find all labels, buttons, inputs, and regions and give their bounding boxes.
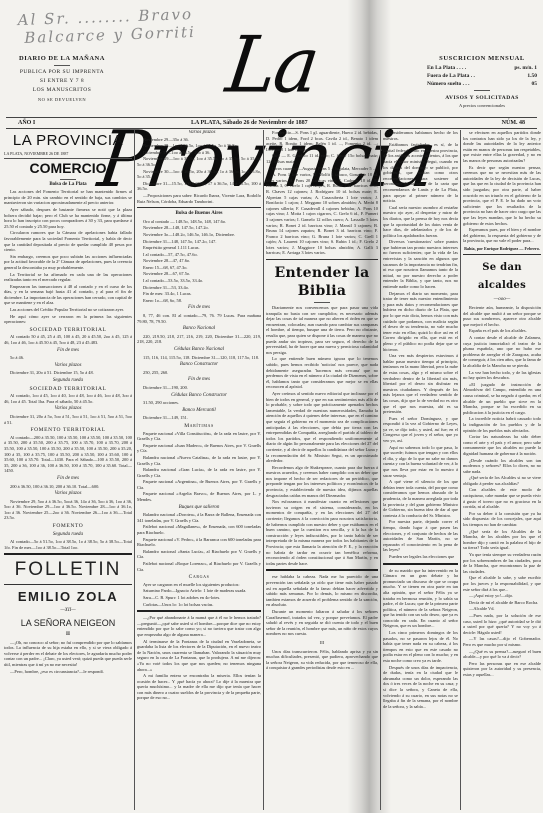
- bolsa-subsection-title: Fin de mes: [137, 305, 261, 311]
- editorial-paragraphs: consideramos habíamos hecho de los nuest…: [383, 130, 458, 560]
- market-line: Diciembre 31—1oo á 36.5o, 20o á 36.: [137, 150, 261, 156]
- folletin-paragraph: Al terminarse de la Fontanas de la ciuda…: [137, 639, 261, 673]
- commerce-paragraph: Las acciones del Fomento Territorial se …: [4, 189, 132, 206]
- stock-block-text: Al contado, 1oo á 45, 1oo á 40, 1oo á 48…: [4, 393, 132, 404]
- ads-note: A precios convencionales: [427, 102, 537, 110]
- editorial-paragraph: se efectuen en aquellos partidos donde l…: [463, 130, 541, 164]
- maritime-entry: Balandra nacional «Gran Lucía», de la ra…: [137, 467, 261, 478]
- article-paragraph: Pero las personas que en ese alcalde qui…: [463, 661, 541, 678]
- editorial-paragraph: Es decir que según nuestro pensar, creem…: [463, 165, 541, 227]
- folletin-paragraph: Después de unos días de impaciencia, de …: [383, 665, 458, 710]
- cargo-entry: Ayer se cargaron en el muelle los siguie…: [137, 582, 261, 588]
- maritime-entry: Balandra nacional «Nueva Catalina», de l…: [137, 455, 261, 466]
- editorial-paragraph: Dejamos el diario un momento, para trata…: [383, 291, 458, 353]
- cargo-paragraph: A. Pons 1 lote varios, D. Molfit 1 tabac…: [266, 172, 378, 256]
- stock-block-title: Varios plazos: [4, 491, 132, 497]
- stock-block-text: Noviembre 29, 5oo á á 36.5o, 5ooá 36, 14…: [4, 499, 132, 521]
- maritime-entry: Paquete nacional «Villa Constitución», d…: [137, 431, 261, 442]
- stock-block-title: Fin de mes: [4, 348, 132, 354]
- separator: —ooo—: [463, 297, 541, 303]
- bolsa-subsection-text: 115, 116, 114, 115.5o, 118. Diciembre 31…: [137, 355, 261, 361]
- stock-block-title: FOMENTO: [4, 524, 132, 530]
- article-paragraph: Diariamente nos convencemos que para pas…: [266, 305, 378, 355]
- stock-block-title: Segunda rueda: [4, 378, 132, 384]
- article-paragraph: Decía de mí el alcalde de Barco Rocha.: [463, 600, 541, 606]
- article-paragraph: Cortar las naturalezas ha sido deber com…: [463, 434, 541, 456]
- departed-ship: Pailebot nacional «Magallanes», de Ensen…: [137, 524, 261, 535]
- folletin-paragraph: A mi familia entera se encontraba la mis…: [137, 673, 261, 701]
- bolsa-row: Empréstito general 1.111 Lucas.: [137, 245, 261, 251]
- subscription-rows: En La Plata . . . .ps. m/n. 1Fuera de La…: [427, 64, 537, 88]
- article-paragraph: ¿Qué sería de los Alcaldes si no se vier…: [463, 475, 541, 486]
- bolsa-subsection-title: Fin de mes: [137, 377, 261, 383]
- article-paragraph: Ya que tenía siempre su verdadera razón …: [463, 552, 541, 574]
- departed-ship: Balandro nacional «Santa Lucía», al Riac…: [137, 549, 261, 560]
- section-header-la-provincia: LA PROVINCIA: [4, 132, 132, 149]
- cargo-paragraph: Otros cuarenta—Augusto Pons 5 ... hojala…: [266, 166, 378, 172]
- bolsa-row: Noviembre 3o—148.2o, 146.5o, 146.1o, Dic…: [137, 232, 261, 238]
- editorial-paragraph: Una vez más despiertos estuvimos á habla…: [383, 353, 458, 415]
- subscription-price: 05: [532, 80, 538, 88]
- article-paragraph: Con alcaldes de este modo de caciquismo,…: [463, 487, 541, 509]
- cargo-paragraph: Fondericio—S. Pons 1 gl. aguardiente, Hu…: [266, 130, 378, 152]
- stock-block-text: 200 á 36.50, 100 á 36.10, 200 á 36.10. T…: [4, 484, 132, 490]
- subscription-box: SUSCRICION MENSUAL En La Plata . . . .ps…: [427, 55, 537, 110]
- header-date: LA PLATA, NOVIEMBRE 26 DE 1887: [4, 151, 132, 159]
- editorial-paragraph: Esperamos pues, por el bien y el nombre …: [463, 227, 541, 244]
- publisher-line: NO SE DEVUELVEN: [12, 95, 112, 104]
- editorial-paragraph: Estábamos fastidiados, es sí, de la capi…: [383, 142, 458, 204]
- commerce-paragraph: Circularon rumores que la Cámara de apel…: [4, 230, 132, 252]
- departed-ships: Balandro nacional «Dorotea», á la Barra …: [137, 512, 261, 572]
- commerce-paragraphs: Las acciones del Fomento Territorial se …: [4, 189, 132, 325]
- bolsa-subsection-title: Banco Mercantil: [137, 408, 261, 414]
- subsection-title: Buques que salieron: [137, 505, 261, 511]
- folletin-continuation: ese hablaba la cabeza. Nada me ha pareci…: [266, 574, 378, 671]
- divider: [314, 302, 330, 303]
- stock-block-title: Varios plazos: [4, 406, 132, 412]
- stock-block-text: Diciembre 31, 20o á 51. Diciembre 15, 5o…: [4, 370, 132, 376]
- year-label: AÑO I: [18, 118, 35, 128]
- bolsa-subsection-title: Cédulas Banco Nacional: [137, 347, 261, 353]
- bolsa-row: Enero 1o—68, 6o, 58.: [137, 298, 261, 304]
- market-line: —Proposiciones para saber: Ricardo Ibarr…: [137, 193, 261, 204]
- folletin-paragraph: Los cinco primeros domingos de los pasad…: [383, 630, 458, 664]
- divider: [474, 90, 490, 91]
- column-markets: Varios plazosNoviembre 29—35o á 36.Novie…: [137, 130, 261, 810]
- divider: [4, 584, 132, 585]
- maritime-entry: Paquete nacional «Argelia Bravo», de Bue…: [137, 491, 261, 502]
- maritime-entry: Paquete nacional «Argentina», de Buenos …: [137, 479, 261, 490]
- market-line: Noviembre 28—1oo á 36.5o, 1oo á 35.5o, 5…: [137, 143, 261, 149]
- departed-ship: Balandro nacional «Dorotea», á la Barra …: [137, 512, 261, 523]
- subsection-title: Bolsa de Buenos Aires: [137, 211, 261, 217]
- editorial-paragraph: A qué viene el silencio de los que debía…: [383, 479, 458, 518]
- article-paragraph: —¡Aquí estoy yo!—dijo.: [463, 593, 541, 599]
- divider: [54, 65, 70, 66]
- editorial-paragraph: Por nuestra parte, dejando correr el tie…: [383, 519, 458, 553]
- folletin-author: EMILIO ZOLA: [4, 589, 132, 604]
- stock-blocks: SOCIEDAD TERRITORIALAl contado 50 á 45, …: [4, 328, 132, 551]
- market-line: Noviembre 30—1oo á 36.5o, 20o á 36.5o, 1…: [137, 169, 261, 180]
- bolsa-row: Noviembre 28—67, 67.5o.: [137, 271, 261, 277]
- commerce-paragraph: La Territorial se ha afirmado en cada un…: [4, 272, 132, 283]
- article-paragraph: —Alcalde Vd.: [463, 606, 541, 612]
- divider: [463, 254, 541, 255]
- bolsa-row: Fin de mes: 33.4o, 1 Lucas.: [137, 291, 261, 297]
- bolsa-row: Oro al contado — 148.5o, 148.5o, 148, 14…: [137, 219, 261, 225]
- separator: —XII—: [4, 608, 132, 614]
- bolsa-row: I al contado—53.5o, 33.5o, 33.4o.: [137, 278, 261, 284]
- commerce-paragraph: He aquí cómo ayer se cerraron en la prim…: [4, 314, 132, 325]
- bolsa-subsection-title: Cédulas Banco Constructor: [137, 393, 261, 399]
- editorial-paragraph: Pues el señor Domínguez, y que respondió…: [383, 416, 458, 444]
- stock-block-title: Segunda rueda: [4, 532, 132, 538]
- article-paragraph: Lo que entiende buen número ignora que l…: [266, 356, 378, 390]
- bolsa-subsection-text: 8, 77, 46 con. El al contado—79, 76. 79 …: [137, 313, 261, 324]
- folletin-paragraph: —¿Por qué abandonarte á la mamá que á él…: [137, 615, 261, 637]
- subscription-price: ps. m/n. 1: [514, 64, 537, 72]
- article-paragraph: Que el alcalde lo sabe, y sabe escribir …: [463, 575, 541, 592]
- departed-ship: Paquete nacional «V. Pedro», á la Barran…: [137, 537, 261, 548]
- editorial-paragraph: Aquí no sabemos todo lo que pasa, lo que…: [383, 445, 458, 479]
- article-paragraph: ¿Desde cuándo los alcaldes son tan moder…: [463, 458, 541, 475]
- bolsa-row: Noviembre 28—47, 47.6o.: [137, 258, 261, 264]
- bolsa-row: I al contado—57, 47.5o, 47.6o.: [137, 252, 261, 258]
- folletin-work-title: LA SEÑORA NEIGEON: [4, 617, 132, 629]
- publisher-line: PUBLICA POR SU IMPRENTA: [12, 68, 112, 77]
- editorial-paragraph: Pueden ser legales las elecciones que: [383, 554, 458, 560]
- folletin-header: FOLLETIN: [4, 559, 132, 581]
- subscription-heading: SUSCRICION MENSUAL: [427, 55, 537, 63]
- subscription-row: En La Plata . . . .ps. m/n. 1: [427, 64, 537, 72]
- bolsa-subsection-text: 250, 255, 260.: [137, 370, 261, 376]
- folletin-continuation: de su marido que ha intervenido en la Cá…: [383, 568, 458, 710]
- newspaper-title: La Provincia: [106, 18, 439, 113]
- article-paragraphs: Reciente aún, humeante, la disposición d…: [463, 305, 541, 677]
- article-paragraph: «El juzgado de instrucción de Almodóvar …: [463, 382, 541, 416]
- subscription-price: 1.50: [527, 72, 537, 80]
- bolsa-row: Enero 15—68, 67, 47.3o.: [137, 265, 261, 271]
- cargo-entry: Sara—C. B. Spurr: 1 lot adobes en 4o-lot…: [137, 595, 261, 601]
- column-rule: [134, 130, 135, 810]
- divider: [137, 610, 261, 612]
- divider: [266, 569, 378, 571]
- newspaper-page: Al Sr. ........ Bravo Balcarce y Gorriti…: [0, 0, 543, 813]
- article-paragraph: —¿Qué es su prensa?—aseguró el buen alca…: [463, 649, 541, 660]
- commerce-paragraph: Sin embargo, creemos que poco subirán la…: [4, 254, 132, 271]
- divider: [383, 563, 458, 565]
- bolsa-subsections: Fin de mes8, 77, 46 con. El al contado—7…: [137, 305, 261, 421]
- column-rule: [380, 130, 381, 810]
- bolsa-subsection-text: 220, 219.50, 218, 217, 216, 219, 220, Di…: [137, 334, 261, 345]
- article-paragraph: Recordemos algo de Shakespeare, cuanto p…: [266, 465, 378, 499]
- bolsa-subsection-text: Diciembre 31—190, 200.: [137, 385, 261, 391]
- article-title-entender-la-biblia: Entender la Biblia: [266, 264, 378, 300]
- folletin-paragraph: ese hablaba la cabeza. Nada me ha pareci…: [266, 574, 378, 608]
- stock-block-title: Varios plazos: [4, 363, 132, 369]
- bolsa-subsection-title: Banco Nacional: [137, 326, 261, 332]
- article-paragraph: Por su deber á la comisión que ya ha sid…: [463, 511, 541, 528]
- cargo-entries: Ayer se cargaron en el muelle los siguie…: [137, 582, 261, 607]
- cargo-entry: Carlotas—Unos lo: 1o lot bolsas vacías.: [137, 602, 261, 608]
- folletin-paragraph: —Pero, hombre, ¿eso es circunstancia?—le…: [4, 669, 132, 675]
- commerce-paragraph: Empezaron las transacciones á 48 al cont…: [4, 284, 132, 306]
- maritime-entry: Paquete nacional «Juan Madero», de Bueno…: [137, 443, 261, 454]
- folletin-paragraph: Durante un momento faltaron á saludar á …: [266, 609, 378, 637]
- folletin-continuation: —¿Por qué abandonarte á la mamá que á él…: [137, 615, 261, 701]
- cargo-paragraph: Otro — E. Goudelo 11 id. vino; C. Spurr …: [266, 153, 378, 164]
- article-title-se-dan-alcaldes: Se dan alcaldes: [463, 259, 541, 295]
- folletin-paragraph: de su marido que ha intervenido en la Cá…: [383, 568, 458, 630]
- bolsa-row: Diciembre 31—148, 147.5o, 147.2o, 147.: [137, 239, 261, 245]
- article-paragraph: Ayer creímos al sentido nuevo editorial …: [266, 391, 378, 464]
- divider: [266, 259, 378, 260]
- stock-block-title: SOCIEDAD TERRITORIAL: [4, 387, 132, 393]
- article-paragraphs: Diariamente nos convencemos que para pas…: [266, 305, 378, 566]
- subscription-label: Fuera de La Plata . .: [427, 72, 475, 80]
- subscription-label: Número suelto . . .: [427, 80, 470, 88]
- editorial-end: se efectuen en aquellos partidos donde l…: [463, 130, 541, 244]
- editorial-paragraph: Diversos 'cuestionarios' sobre puntos qu…: [383, 239, 458, 289]
- cargo-entry: Saturnino Pardo—Ignacio Arielo: 1 lote d…: [137, 588, 261, 594]
- commerce-paragraph: Las acciones del Crédito Popular Territo…: [4, 307, 132, 313]
- bolsa-subsection-text: Diciembre 31—149, 151.: [137, 415, 261, 421]
- stock-block-title: FOMENTO TERRITORIAL: [4, 428, 132, 434]
- stock-block-text: Al contado 50 á 45, 25 á 45, 100 á 45, 2…: [4, 334, 132, 345]
- market-line: Varios plazos: [137, 130, 261, 136]
- bolsa-row: Diciembre 31—53, 33.4o.: [137, 285, 261, 291]
- subsection-title: Bolsa de La Plata: [4, 182, 132, 188]
- article-paragraph: La vez han hecho todo, y de las iglesias…: [463, 370, 541, 381]
- bolsa-rows: Oro al contado — 148.5o, 148.5o, 148, 14…: [137, 219, 261, 304]
- subscription-row: Fuera de La Plata . .1.50: [427, 72, 537, 80]
- column-rule: [460, 130, 461, 810]
- issue-number: NÚM. 48: [502, 118, 525, 128]
- stock-block-title: SOCIEDAD TERRITORIAL: [4, 328, 132, 334]
- issue-date: LA PLATA, Sábado 26 de Noviembre de 1887: [191, 118, 308, 128]
- subsection-title: Marítimas: [137, 424, 261, 430]
- market-line: Diciembre 31—15.5o, 100 á 36.5o, 17 á 36…: [137, 181, 261, 192]
- bolsa-row: Noviembre 28—148, 147.5o, 147.2o.: [137, 225, 261, 231]
- article-paragraph: La increíble noticia habrá causado todo …: [463, 416, 541, 433]
- divider: [137, 207, 261, 208]
- article-paragraph: —Y las casas?—dijo el Gobernador. Pero e…: [463, 636, 541, 647]
- folletin-paragraph: —¡Oh, no conozco al señor; no fuí compre…: [4, 640, 132, 668]
- chapter-number: II: [4, 632, 132, 638]
- byline: Bahía, por Enrique Rodríguez — Febrero.: [463, 246, 541, 252]
- bolsa-subsection-title: Banco Constructor: [137, 362, 261, 368]
- article-paragraph: —Pues nada, por la solución de ese caso,…: [463, 613, 541, 635]
- editorial-paragraph: Cual sería nuestro asombro al restañar n…: [383, 205, 458, 239]
- stock-block-text: 5o á 46.: [4, 355, 132, 361]
- subsection-title: Cargas: [137, 575, 261, 581]
- publisher-info: DIARIO DE LA MAÑANA PUBLICA POR SU IMPRE…: [12, 54, 112, 104]
- subscription-row: Número suelto . . .05: [427, 80, 537, 88]
- article-paragraph: ¿Qué sería de los Alcaldes de la Mancha,…: [463, 529, 541, 551]
- market-line: Noviembre 29—35o á 36.: [137, 137, 261, 143]
- market-top-lines: Varios plazosNoviembre 29—35o á 36.Novie…: [137, 130, 261, 204]
- bolsa-subsection-text: 31.50, 290 acciones.: [137, 400, 261, 406]
- publisher-line: LOS MANUSCRITOS: [12, 86, 112, 95]
- article-paragraph: Reciente aún, humeante, la disposición d…: [463, 305, 541, 327]
- stock-block-text: Al contado—5o á 51.5o, 1oo á 38.5o, 1o á…: [4, 539, 132, 550]
- folletin-paragraphs: —¡Oh, no conozco al señor; no fuí compre…: [4, 640, 132, 675]
- column-commerce: LA PROVINCIA LA PLATA, NOVIEMBRE 26 DE 1…: [4, 130, 132, 810]
- column-editorial: consideramos habíamos hecho de los nuest…: [383, 130, 458, 810]
- folletin-paragraph: III: [266, 640, 378, 646]
- section-header-comercio: COMERCIO: [4, 160, 132, 177]
- stock-block-title: Fin de mes: [4, 476, 132, 482]
- folletin-paragraph: Unos días transcurrieron. Félix, habland…: [266, 649, 378, 671]
- article-paragraph: A contar desde el alcalde de Zalamea, cu…: [463, 335, 541, 369]
- departed-ship: Pailebot nacional «Roque Lorenzo», al Ri…: [137, 561, 261, 572]
- column-alcaldes: se efectuen en aquellos partidos donde l…: [463, 130, 541, 810]
- publisher-line: DIARIO DE LA MAÑANA: [12, 54, 112, 63]
- divider: [4, 553, 132, 555]
- commerce-paragraph: Ayer sábado, despues de bastante firmeza…: [4, 207, 132, 229]
- market-line: Noviembre 29—1oo á 36.3o, 1oo á 35.5o, 5…: [137, 156, 261, 167]
- subscription-label: En La Plata . . . .: [427, 64, 466, 72]
- editorial-paragraph: consideramos habíamos hecho de los nuest…: [383, 130, 458, 141]
- ads-heading: AVISOS Y SOLICITADAS: [427, 94, 537, 102]
- article-paragraph: Nos esforzamos á manifestar cuanto en re…: [266, 499, 378, 566]
- column-rule: [263, 130, 264, 810]
- stock-block-text: Al contado—200 á 35.50, 100 á 35.50, 100…: [4, 435, 132, 474]
- dateline: AÑO I LA PLATA, Sábado 26 de Noviembre d…: [6, 117, 537, 129]
- divider: [60, 179, 76, 180]
- article-paragraph: España es el país de los alcaldes.: [463, 328, 541, 334]
- cargo-continued: Fondericio—S. Pons 1 gl. aguardiente, Hu…: [266, 130, 378, 256]
- publisher-line: SI ENTRE Y 7 8: [12, 77, 112, 86]
- stock-block-text: Diciembre 31, 20o á 5o, 5oo á 51, 5oo á …: [4, 414, 132, 425]
- column-bible-article: Fondericio—S. Pons 1 gl. aguardiente, Hu…: [266, 130, 378, 810]
- maritime-entries: Paquete nacional «Villa Constitución», d…: [137, 431, 261, 503]
